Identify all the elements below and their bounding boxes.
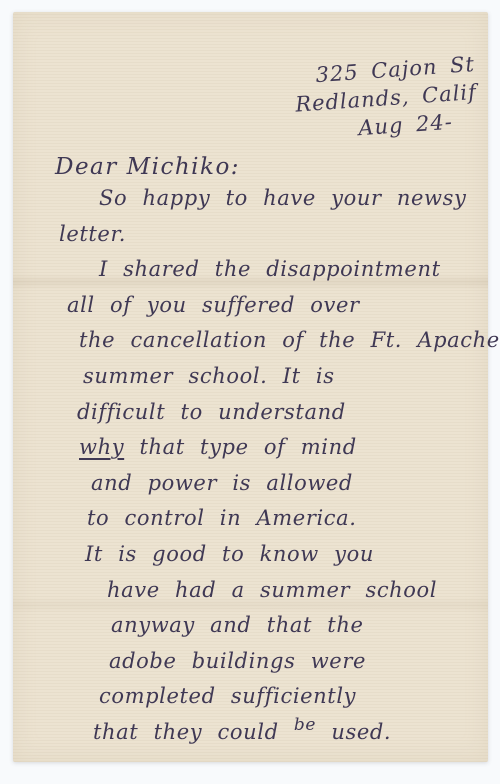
salutation: Dear Michiko: [55, 154, 240, 180]
address-block: 325 Cajon St Redlands, Calif Aug 24- [293, 50, 480, 146]
letter-line: anyway and that the [111, 613, 480, 649]
letter-line: completed sufficiently [99, 684, 480, 720]
letter-line: It is good to know you [85, 542, 480, 578]
letter-line: why that type of mind [79, 435, 480, 471]
page-background: 325 Cajon St Redlands, Calif Aug 24- Dea… [0, 0, 500, 784]
letter-line: summer school. It is [83, 364, 480, 400]
letter-line: that they could be used. [93, 720, 480, 756]
letter-line: adobe buildings were [109, 649, 480, 685]
letter-line: So happy to have your newsy [99, 186, 480, 222]
letter-paper: 325 Cajon St Redlands, Calif Aug 24- Dea… [13, 12, 488, 762]
letter-line: have had a summer school [107, 578, 480, 614]
letter-line: the cancellation of the Ft. Apache [79, 328, 480, 364]
line-text: that they could [93, 720, 279, 744]
letter-body: So happy to have your newsy letter. I sh… [51, 186, 480, 756]
line-text: used. [331, 720, 391, 744]
letter-line: letter. [59, 222, 480, 258]
letter-line: all of you suffered over [67, 293, 480, 329]
inserted-word: be [294, 715, 316, 735]
letter-line: to control in America. [87, 506, 480, 542]
underlined-word: why [79, 435, 124, 459]
line-text: that type of mind [139, 435, 356, 459]
letter-line: and power is allowed [91, 471, 480, 507]
letter-line: difficult to understand [77, 400, 480, 436]
letter-line: I shared the disappointment [99, 257, 480, 293]
